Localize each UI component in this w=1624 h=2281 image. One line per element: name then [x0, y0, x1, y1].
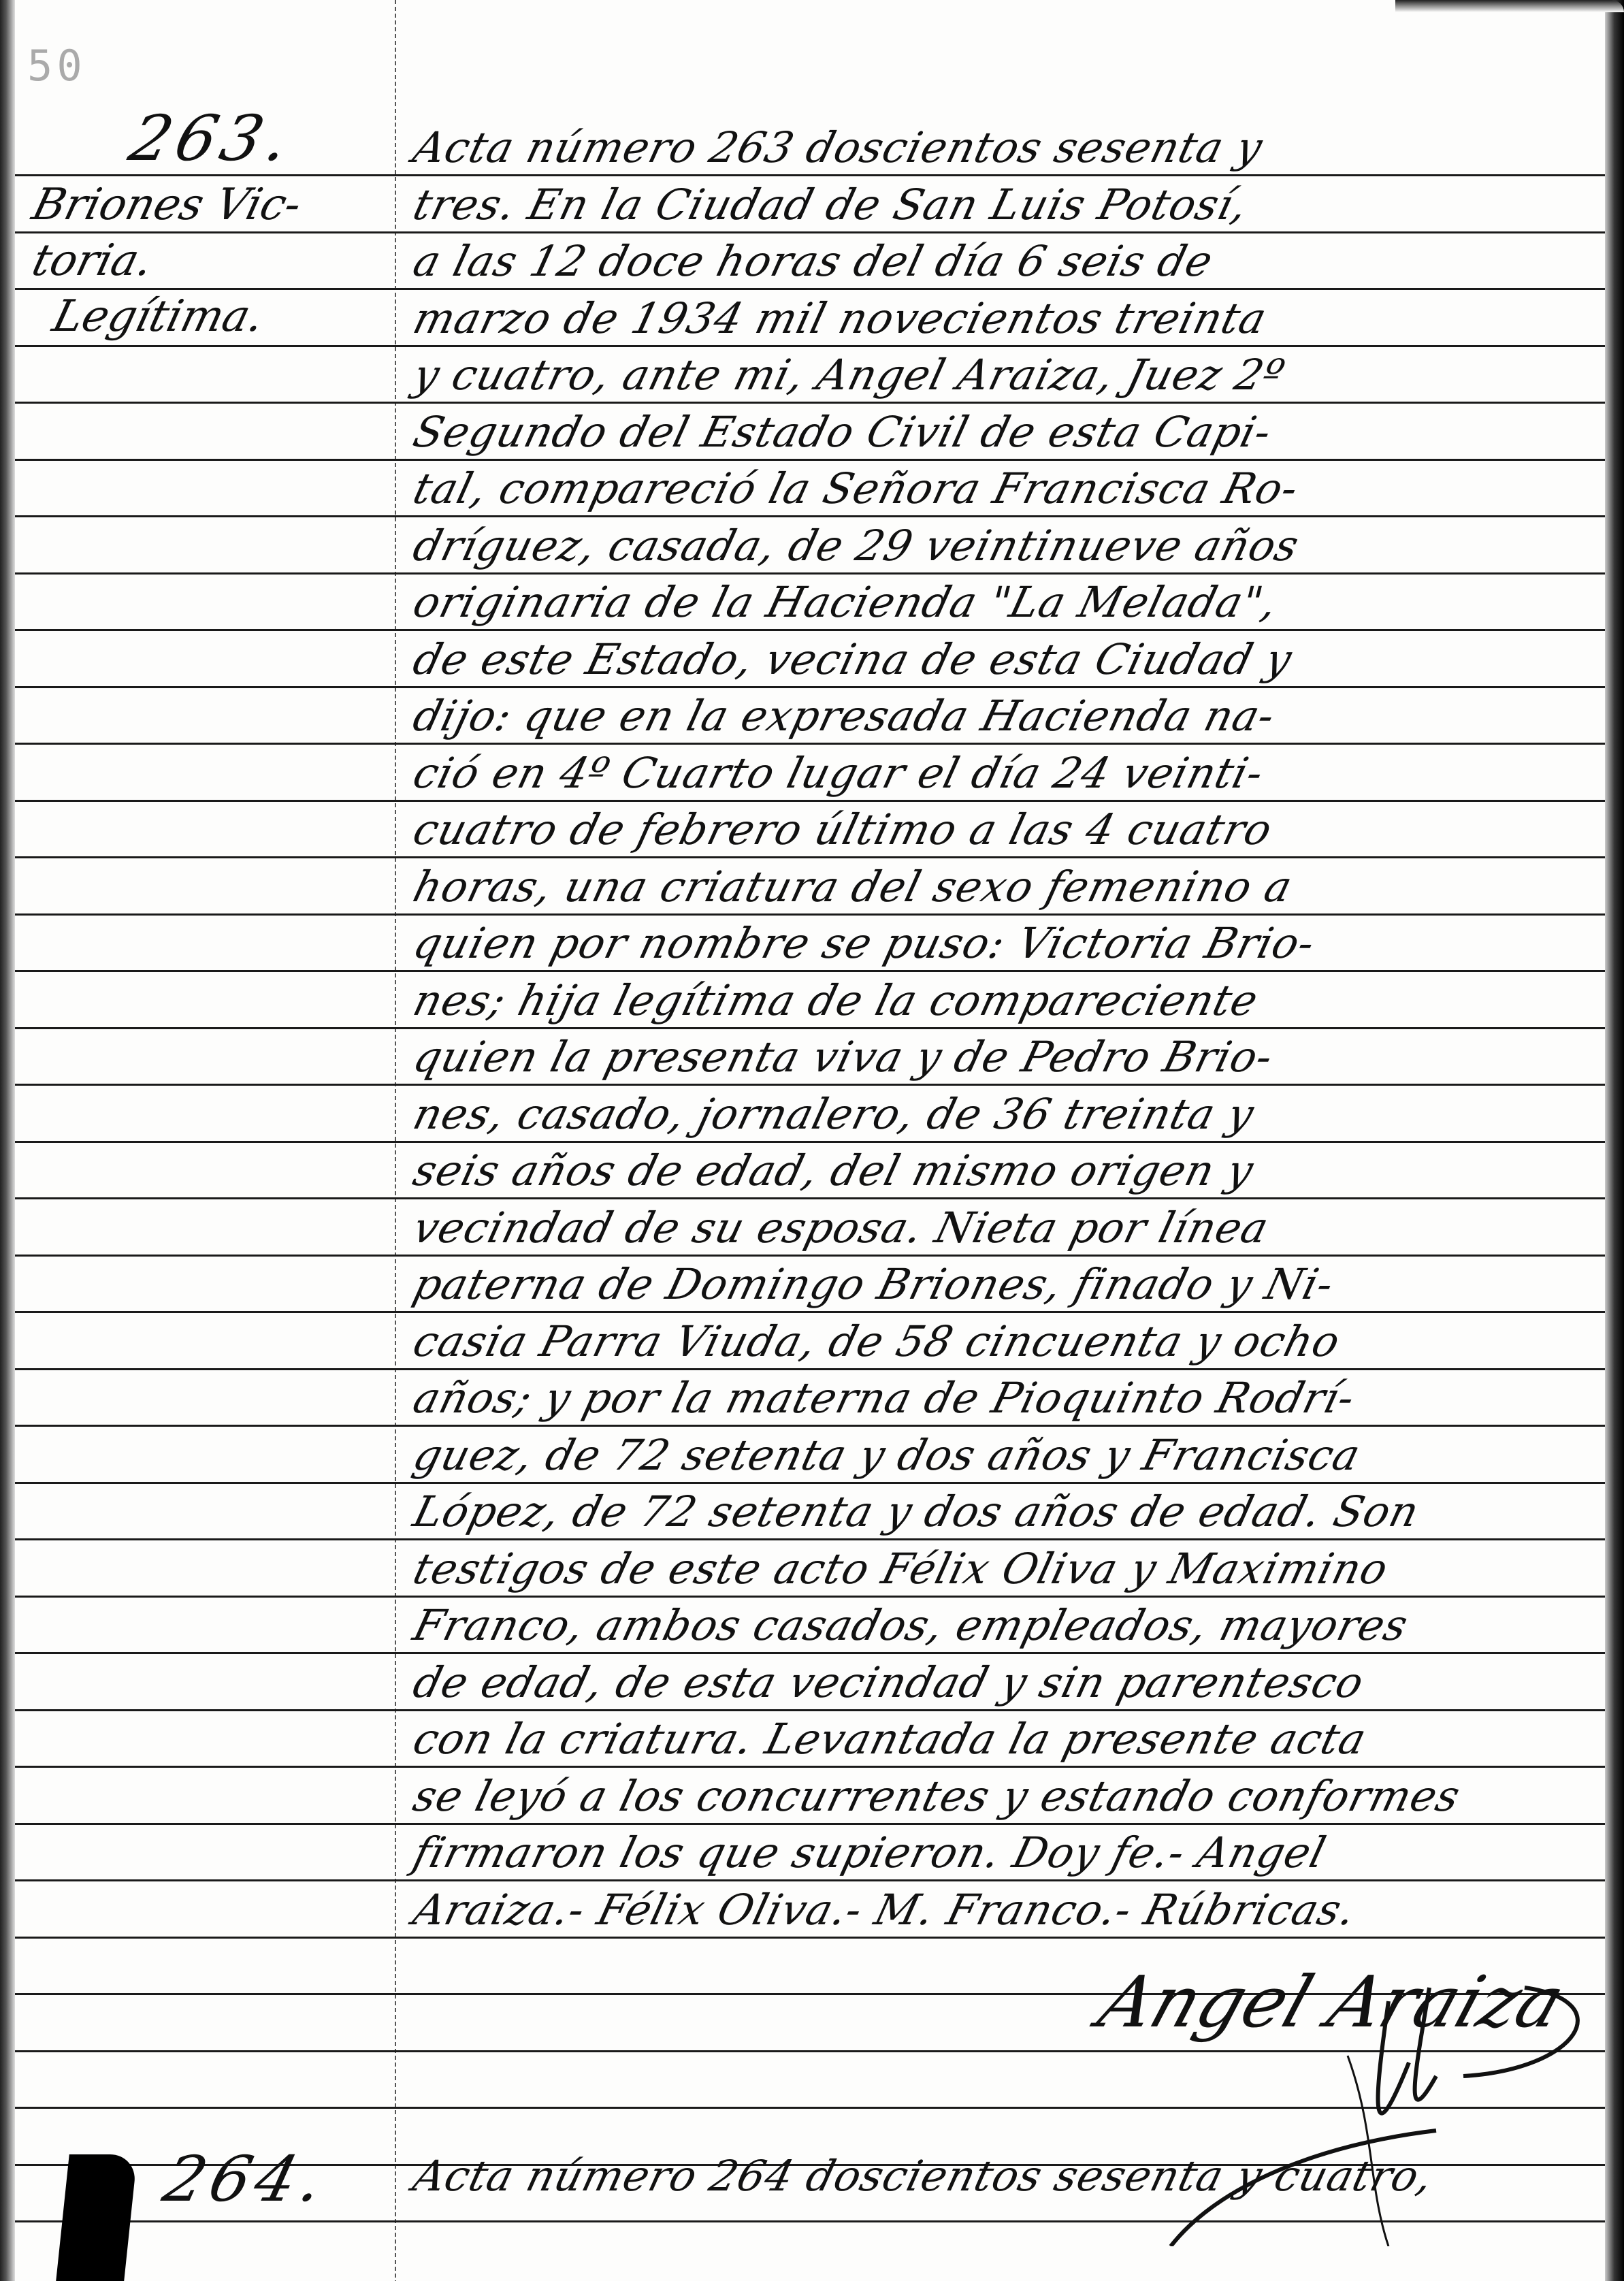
ruled-line [15, 1766, 1605, 1768]
entry-263-line: casia Parra Viuda, de 58 cincuenta y och… [408, 1316, 1605, 1366]
ruled-line [15, 1709, 1605, 1711]
entry-263-line: Franco, ambos casados, empleados, mayore… [408, 1600, 1605, 1650]
ruled-line [15, 1255, 1605, 1257]
margin-note: Legítima. [48, 291, 270, 342]
ruled-line [15, 1937, 1605, 1939]
ruled-line [15, 1538, 1605, 1540]
ruled-line [15, 1482, 1605, 1484]
entry-263-line: años; y por la materna de Pioquinto Rodr… [408, 1373, 1605, 1423]
ruled-line [15, 1368, 1605, 1370]
ruled-line [15, 1197, 1605, 1199]
entry-263-line: testigos de este acto Félix Oliva y Maxi… [408, 1544, 1605, 1594]
entry-263-line: nes; hija legítima de la compareciente [408, 975, 1605, 1025]
entry-263-line: de este Estado, vecina de esta Ciudad y [408, 634, 1605, 684]
ruled-line [15, 800, 1605, 802]
ruled-line [15, 913, 1605, 916]
ruled-line [15, 345, 1605, 347]
ruled-line [15, 515, 1605, 517]
entry-263-line: vecindad de su esposa. Nieta por línea [408, 1203, 1605, 1252]
entry-number: 263. [123, 102, 302, 175]
ruled-line [15, 1141, 1605, 1143]
ruled-line [15, 288, 1605, 290]
entry-263-line: con la criatura. Levantada la presente a… [408, 1714, 1605, 1764]
ruled-line [15, 1311, 1605, 1313]
ruled-line [15, 1823, 1605, 1825]
entry-263-line: se leyó a los concurrentes y estando con… [408, 1771, 1605, 1821]
page-stamp: 50 [27, 41, 86, 91]
entry-263-line: seis años de edad, del mismo origen y [408, 1146, 1605, 1195]
entry-263-line: ció en 4º Cuarto lugar el día 24 veinti- [408, 748, 1605, 798]
page-tab-mark [56, 2154, 137, 2281]
entry-263-line: guez, de 72 setenta y dos años y Francis… [408, 1430, 1605, 1480]
signature-flourish [1143, 1960, 1620, 2246]
entry-263-line: Araiza.- Félix Oliva.- M. Franco.- Rúbri… [408, 1885, 1605, 1935]
entry-263-line: Acta número 263 doscientos sesenta y [408, 123, 1605, 172]
entry-263-line: marzo de 1934 mil novecientos treinta [408, 293, 1605, 343]
entry-263-line: Segundo del Estado Civil de esta Capi- [408, 407, 1605, 457]
entry-263-line: cuatro de febrero último a las 4 cuatro [408, 805, 1605, 854]
entry-263-line: originaria de la Hacienda "La Melada", [408, 577, 1605, 627]
ruled-line [15, 970, 1605, 972]
entry-number: 264. [157, 2143, 336, 2216]
entry-263-line: tal, compareció la Señora Francisca Ro- [408, 464, 1605, 513]
entry-263-line: dríguez, casada, de 29 veintinueve años [408, 521, 1605, 570]
ruled-line [15, 1027, 1605, 1029]
entry-263-line: a las 12 doce horas del día 6 seis de [408, 236, 1605, 286]
ruled-line [15, 1596, 1605, 1598]
margin-note: toria. [27, 236, 158, 286]
entry-263-line: horas, una criatura del sexo femenino a [408, 862, 1605, 911]
entry-263-line: nes, casado, jornalero, de 36 treinta y [408, 1089, 1605, 1139]
entry-264-line: Acta número 264 doscientos sesenta y cua… [408, 2151, 1605, 2201]
ruled-line [15, 1084, 1605, 1086]
entry-263-line: quien por nombre se puso: Victoria Brio- [408, 918, 1605, 968]
page-binding-edge [0, 0, 15, 2281]
page-right-edge [1605, 0, 1624, 2281]
entry-263-line: firmaron los que supieron. Doy fe.- Ange… [408, 1828, 1605, 1877]
entry-263-line: dijo: que en la expresada Hacienda na- [408, 691, 1605, 741]
entry-263-line: paterna de Domingo Briones, finado y Ni- [408, 1259, 1605, 1309]
ruled-line [15, 686, 1605, 688]
entry-263-line: tres. En la Ciudad de San Luis Potosí, [408, 180, 1605, 229]
ruled-line [15, 459, 1605, 461]
ruled-line [15, 1425, 1605, 1427]
ruled-line [15, 743, 1605, 745]
ruled-line [15, 572, 1605, 575]
entry-263-line: quien la presenta viva y de Pedro Brio- [408, 1032, 1605, 1082]
entry-263-line: y cuatro, ante mi, Angel Araiza, Juez 2º [408, 350, 1605, 400]
ruled-line [15, 231, 1605, 233]
entry-263-line: López, de 72 setenta y dos años de edad.… [408, 1487, 1605, 1536]
page-top-corner [1395, 0, 1624, 12]
ruled-line [15, 629, 1605, 631]
ruled-line [15, 1879, 1605, 1881]
ruled-line [15, 856, 1605, 858]
margin-note: Briones Vic- [27, 180, 306, 230]
ruled-line [15, 1652, 1605, 1654]
entry-263-line: de edad, de esta vecindad y sin parentes… [408, 1657, 1605, 1707]
ruled-line [15, 402, 1605, 404]
registry-page: 50 263. Briones Vic- toria. Legítima. Ac… [0, 0, 1624, 2281]
